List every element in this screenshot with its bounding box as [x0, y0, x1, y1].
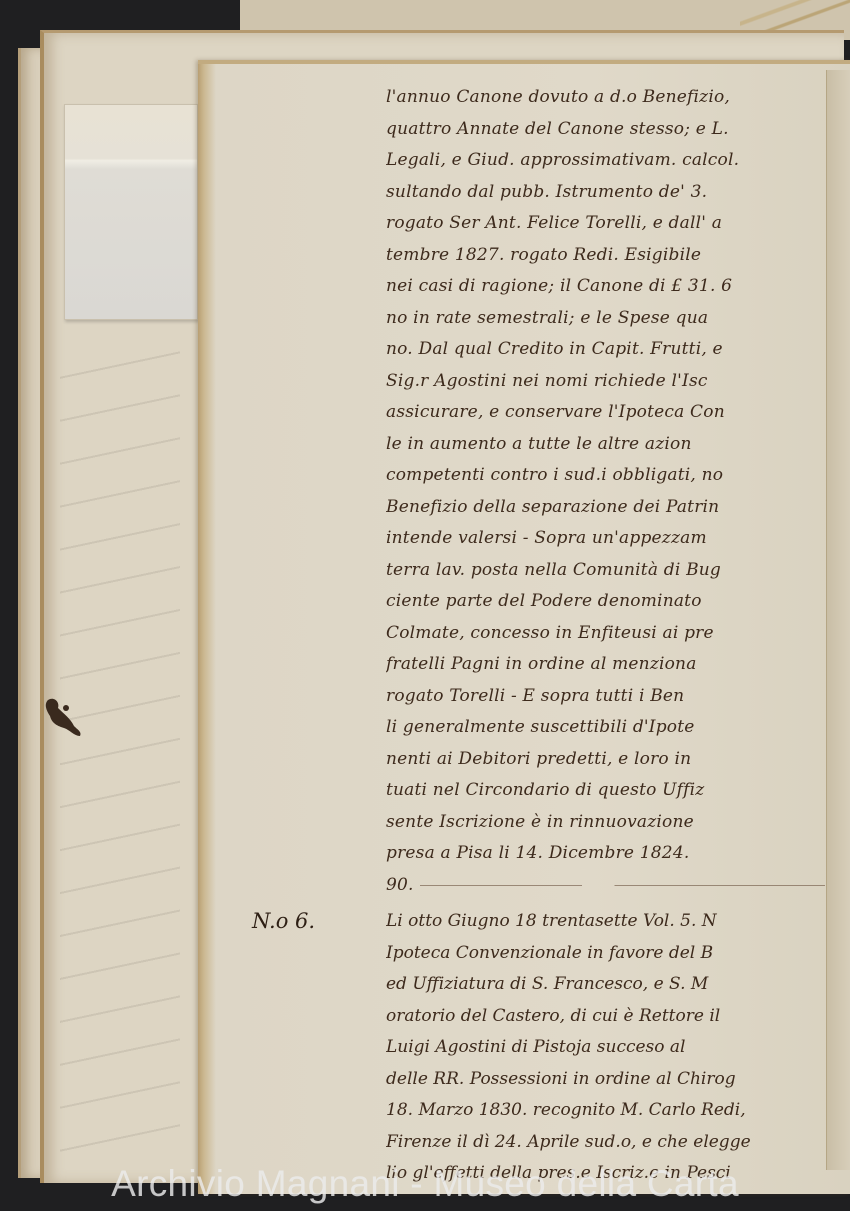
text-line: competenti contro i sud.i obbligati, no	[386, 460, 826, 492]
section-divider-line	[420, 885, 825, 886]
text-line: sultando dal pubb. Istrumento de' 3.	[386, 177, 826, 209]
ink-blot-icon	[44, 696, 84, 742]
text-line: Luigi Agostini di Pistoja succeso al	[386, 1032, 827, 1064]
text-line: Sig.r Agostini nei nomi richiede l'Isc	[386, 366, 826, 398]
text-line: Colmate, concesso in Enfiteusi ai pre	[386, 618, 826, 650]
text-line: li generalmente suscettibili d'Ipote	[386, 712, 826, 744]
text-line: rogato Ser Ant. Felice Torelli, e dall' …	[386, 208, 826, 240]
text-line: no in rate semestrali; e le Spese qua	[386, 303, 826, 335]
binding-string	[740, 0, 850, 30]
entry-text: Li otto Giugno 18 trentasette Vol. 5. N …	[386, 906, 827, 1190]
text-line: nei casi di ragione; il Canone di £ 31. …	[386, 271, 826, 303]
archive-watermark: Archivio Magnani - Museo della Carta	[0, 1163, 850, 1211]
text-line: oratorio del Castero, di cui è Rettore i…	[386, 1001, 827, 1033]
text-line: intende valersi - Sopra un'appezzam	[386, 523, 826, 555]
text-line: Li otto Giugno 18 trentasette Vol. 5. N	[386, 906, 827, 938]
text-line: sente Iscrizione è in rinnuovazione	[386, 807, 826, 839]
text-line: delle RR. Possessioni in ordine al Chiro…	[386, 1064, 827, 1096]
text-line: Ipoteca Convenzionale in favore del B	[386, 938, 827, 970]
bleed-through-writing	[60, 340, 180, 1160]
text-line: presa a Pisa li 14. Dicembre 1824.	[386, 838, 826, 870]
text-line: l'annuo Canone dovuto a d.o Benefizio,	[386, 82, 826, 114]
text-line: Legali, e Giud. approssimativam. calcol.	[386, 145, 826, 177]
text-line: fratelli Pagni in ordine al menziona	[386, 649, 826, 681]
text-line: terra lav. posta nella Comunità di Bug	[386, 555, 826, 587]
text-line: 18. Marzo 1830. recognito M. Carlo Redi,	[386, 1095, 827, 1127]
text-line: no. Dal qual Credito in Capit. Frutti, e	[386, 334, 826, 366]
text-line: le in aumento a tutte le altre azion	[386, 429, 826, 461]
text-line: Firenze il dì 24. Aprile sud.o, e che el…	[386, 1127, 827, 1159]
text-line: assicurare, e conservare l'Ipoteca Con	[386, 397, 826, 429]
text-line: quattro Annate del Canone stesso; e L.	[386, 114, 826, 146]
handwritten-continued-text: l'annuo Canone dovuto a d.o Benefizio, q…	[386, 82, 826, 901]
text-line: tembre 1827. rogato Redi. Esigibile	[386, 240, 826, 272]
text-line: ciente parte del Podere denominato	[386, 586, 826, 618]
text-line: tuati nel Circondario di questo Uffiz	[386, 775, 826, 807]
right-paper-edge	[826, 70, 850, 1170]
paper-slip-tab	[64, 104, 198, 320]
entry-number: N.o 6.	[252, 906, 315, 938]
text-line: nenti ai Debitori predetti, e loro in	[386, 744, 826, 776]
text-line: ed Uffiziatura di S. Francesco, e S. M	[386, 969, 827, 1001]
text-line: Benefizio della separazione dei Patrin	[386, 492, 826, 524]
text-line: rogato Torelli - E sopra tutti i Ben	[386, 681, 826, 713]
